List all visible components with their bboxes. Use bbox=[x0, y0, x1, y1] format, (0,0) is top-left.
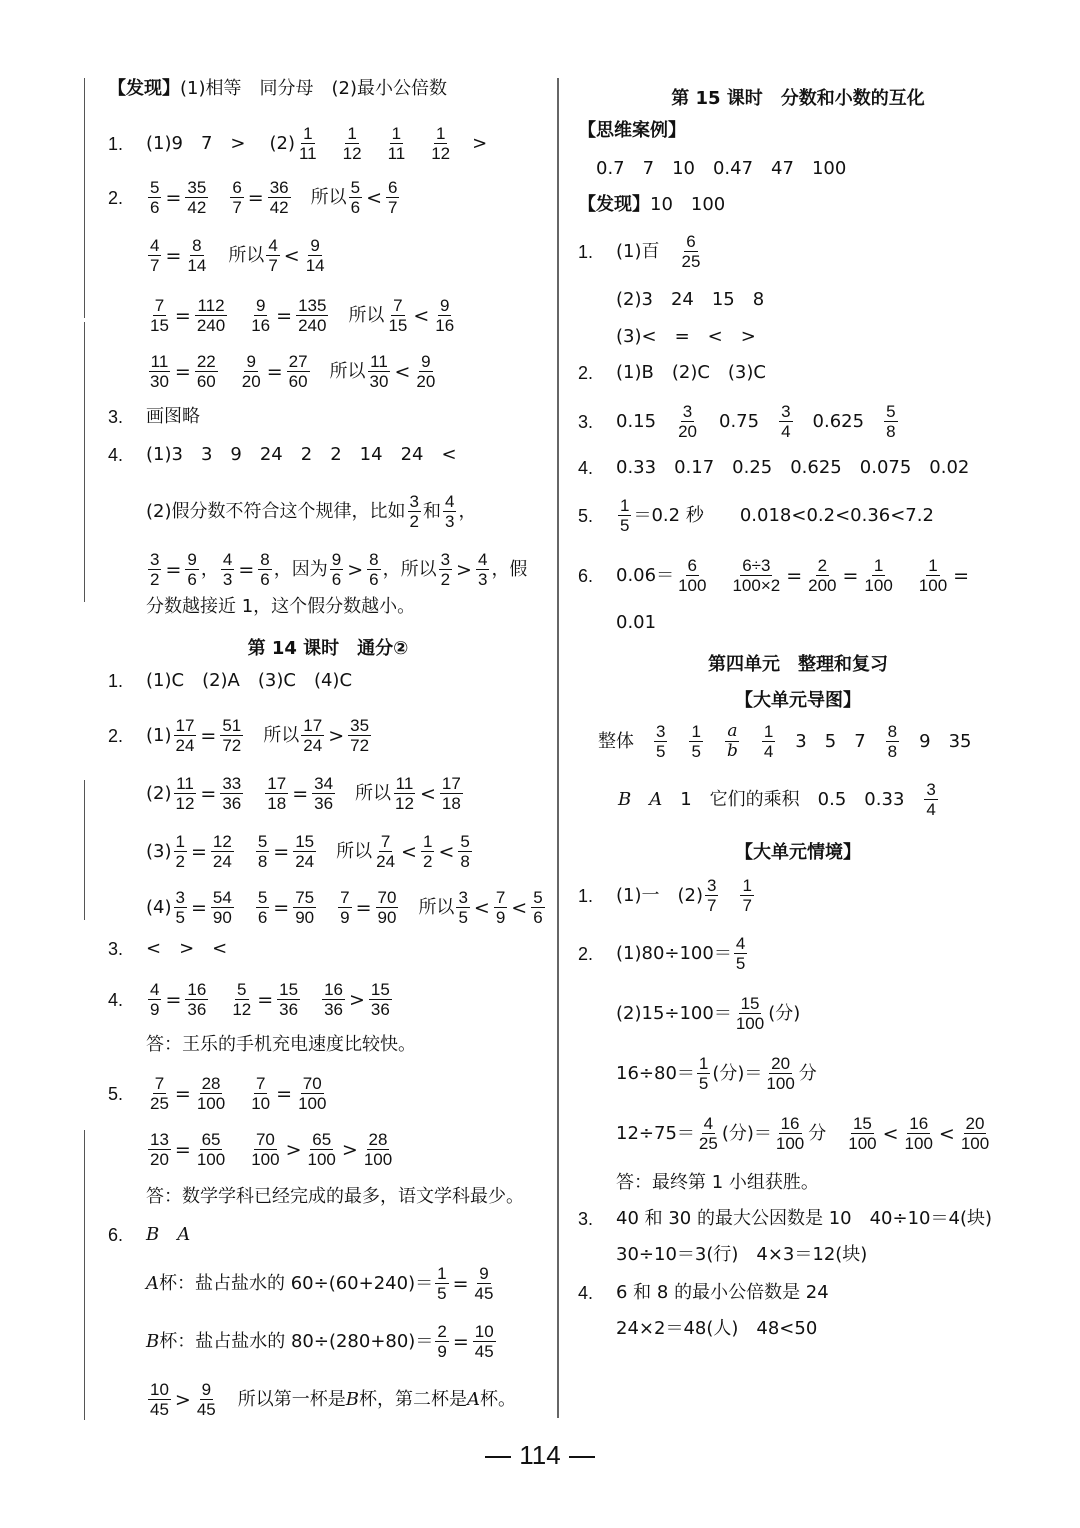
fraction: 112 bbox=[341, 124, 364, 163]
unit-4-title: 第四单元 整理和复习 bbox=[578, 650, 1018, 676]
l14-q6: 6.B A bbox=[108, 1224, 190, 1246]
daotu-row-1: 整体 35 15 ab 14 3 5 7 88 9 35 bbox=[598, 722, 971, 761]
l14-q2-r1: 2.(1) 1724= 5172 所以 1724> 3572 bbox=[108, 716, 373, 755]
u-q2-1: 2.(1)80÷100＝ 45 bbox=[578, 934, 749, 973]
column-divider bbox=[557, 78, 559, 1418]
l14-q5-r2: 1320= 65100 70100> 65100> 28100 bbox=[108, 1130, 396, 1169]
fraction: 112 bbox=[429, 124, 452, 163]
q2-row-2: 47= 814 所以 47< 914 bbox=[108, 236, 329, 275]
q4-line-2: (2)假分数不符合这个规律，比如 32 和 43 ， bbox=[108, 492, 476, 531]
l14-q2-r4: (4) 35= 5490 56= 7590 79= 7090 所以 35< 79… bbox=[108, 888, 547, 927]
l14-q4-answer: 答：王乐的手机充电速度比较快。 bbox=[108, 1034, 416, 1056]
q2-row-4: 1130= 2260 920= 2760 所以 1130< 920 bbox=[108, 352, 439, 391]
r-q1-1: 1.(1)百 625 bbox=[578, 232, 704, 271]
margin-rule bbox=[84, 322, 85, 602]
l14-q1: 1.(1)C (2)A (3)C (4)C bbox=[108, 670, 352, 692]
answer-page: 【发现】 (1)相等 同分母 (2)最小公倍数 1. (1)9 7 > (2) … bbox=[0, 0, 1080, 1528]
u-q3-1: 3.40 和 30 的最大公因数是 10 40÷10＝4(块) bbox=[578, 1208, 992, 1230]
r-q2: 2.(1)B (2)C (3)C bbox=[578, 362, 766, 384]
r-q6: 6. 0.06＝ 6100 6÷3100×2= 2200= 1100 1100= bbox=[578, 556, 971, 595]
q1-line: 1. (1)9 7 > (2) 111 112 111 112 > bbox=[108, 124, 487, 163]
r-q1-2: (2)3 24 15 8 bbox=[578, 289, 764, 311]
r-q5: 5. 15 ＝0.2 秒 0.018<0.2<0.36<7.2 bbox=[578, 496, 934, 535]
daotu-tag: 【大单元导图】 bbox=[578, 686, 1018, 712]
r-q1-3: (3)< = < > bbox=[578, 326, 756, 348]
u-q3-2: 30÷10＝3(行) 4×3＝12(块) bbox=[578, 1244, 867, 1266]
q2-row-3: 715= 112240 916= 135240 所以 715< 916 bbox=[108, 296, 458, 335]
l14-q2-r2: (2) 1112= 3336 1718= 3436 所以 1112< 1718 bbox=[108, 774, 465, 813]
fraction: 111 bbox=[386, 124, 408, 163]
siwei-values: 0.7 7 10 0.47 47 100 bbox=[596, 158, 846, 180]
u-q2-4: 12÷75＝ 425 (分)＝ 16100 分 15100< 16100< 20… bbox=[578, 1114, 993, 1153]
q3-line: 3.画图略 bbox=[108, 406, 200, 428]
u-q2-2: (2)15÷100＝ 15100 (分) bbox=[578, 994, 800, 1033]
lesson-14-title: 第 14 课时 通分② bbox=[108, 634, 548, 660]
r-q6-tail: 0.01 bbox=[578, 612, 656, 634]
l14-q4: 4. 49= 1636 512= 1536 1636> 1536 bbox=[108, 980, 394, 1019]
u-q2-answer: 答：最终第 1 小组获胜。 bbox=[578, 1172, 819, 1194]
margin-rule bbox=[84, 780, 85, 920]
q4-line-3: 32= 96， 43= 86 ，因为 96> 86 ，所以 32> 43 ，假 bbox=[108, 550, 527, 589]
page-number: 114 bbox=[0, 1440, 1080, 1471]
l14-q6-cup-a: A 杯：盐占盐水的 60÷(60+240)＝ 15= 945 bbox=[108, 1264, 497, 1303]
lesson-15-title: 第 15 课时 分数和小数的互化 bbox=[578, 84, 1018, 110]
r-q4: 4.0.33 0.17 0.25 0.625 0.075 0.02 bbox=[578, 457, 969, 479]
u-q1: 1.(1)一 (2) 37 17 bbox=[578, 876, 756, 915]
fraction: 111 bbox=[297, 124, 319, 163]
q2-row-1: 2. 56= 3542 67= 3642 所以 56< 67 bbox=[108, 178, 401, 217]
siwei-tag: 【思维案例】 bbox=[578, 120, 686, 142]
u-q4-1: 4.6 和 8 的最小公倍数是 24 bbox=[578, 1282, 829, 1304]
u-q4-2: 24×2＝48(人) 48<50 bbox=[578, 1318, 817, 1340]
margin-rule bbox=[84, 78, 85, 318]
q4-line-4: 分数越接近 1，这个假分数越小。 bbox=[108, 596, 415, 618]
margin-rule bbox=[84, 1130, 85, 1420]
l14-q6-cup-b: B 杯：盐占盐水的 80÷(280+80)＝ 29= 1045 bbox=[108, 1322, 498, 1361]
l14-q3: 3.< > < bbox=[108, 938, 227, 960]
l14-q5-answer: 答：数学学科已经完成的最多，语文学科最少。 bbox=[108, 1186, 524, 1208]
l14-q2-r3: (3) 12= 1224 58= 1524 所以 724< 12< 58 bbox=[108, 832, 474, 871]
q4-line-1: 4.(1)3 3 9 24 2 2 14 24 < bbox=[108, 444, 457, 466]
r-q3: 3. 0.15 320 0.75 34 0.625 58 bbox=[578, 402, 900, 441]
l14-q6-conclusion: 1045> 945 所以第一杯是 B 杯，第二杯是 A 杯。 bbox=[108, 1380, 516, 1419]
daotu-row-2: B A 1 它们的乘积 0.5 0.33 34 bbox=[618, 780, 940, 819]
faxian-line-right: 【发现】10 100 bbox=[578, 194, 725, 216]
u-q2-3: 16÷80＝ 15 (分)＝ 20100 分 bbox=[578, 1054, 817, 1093]
l14-q5-r1: 5. 725= 28100 710= 70100 bbox=[108, 1074, 330, 1113]
faxian-line: 【发现】 (1)相等 同分母 (2)最小公倍数 bbox=[108, 78, 447, 100]
qingjing-tag: 【大单元情境】 bbox=[578, 838, 1018, 864]
